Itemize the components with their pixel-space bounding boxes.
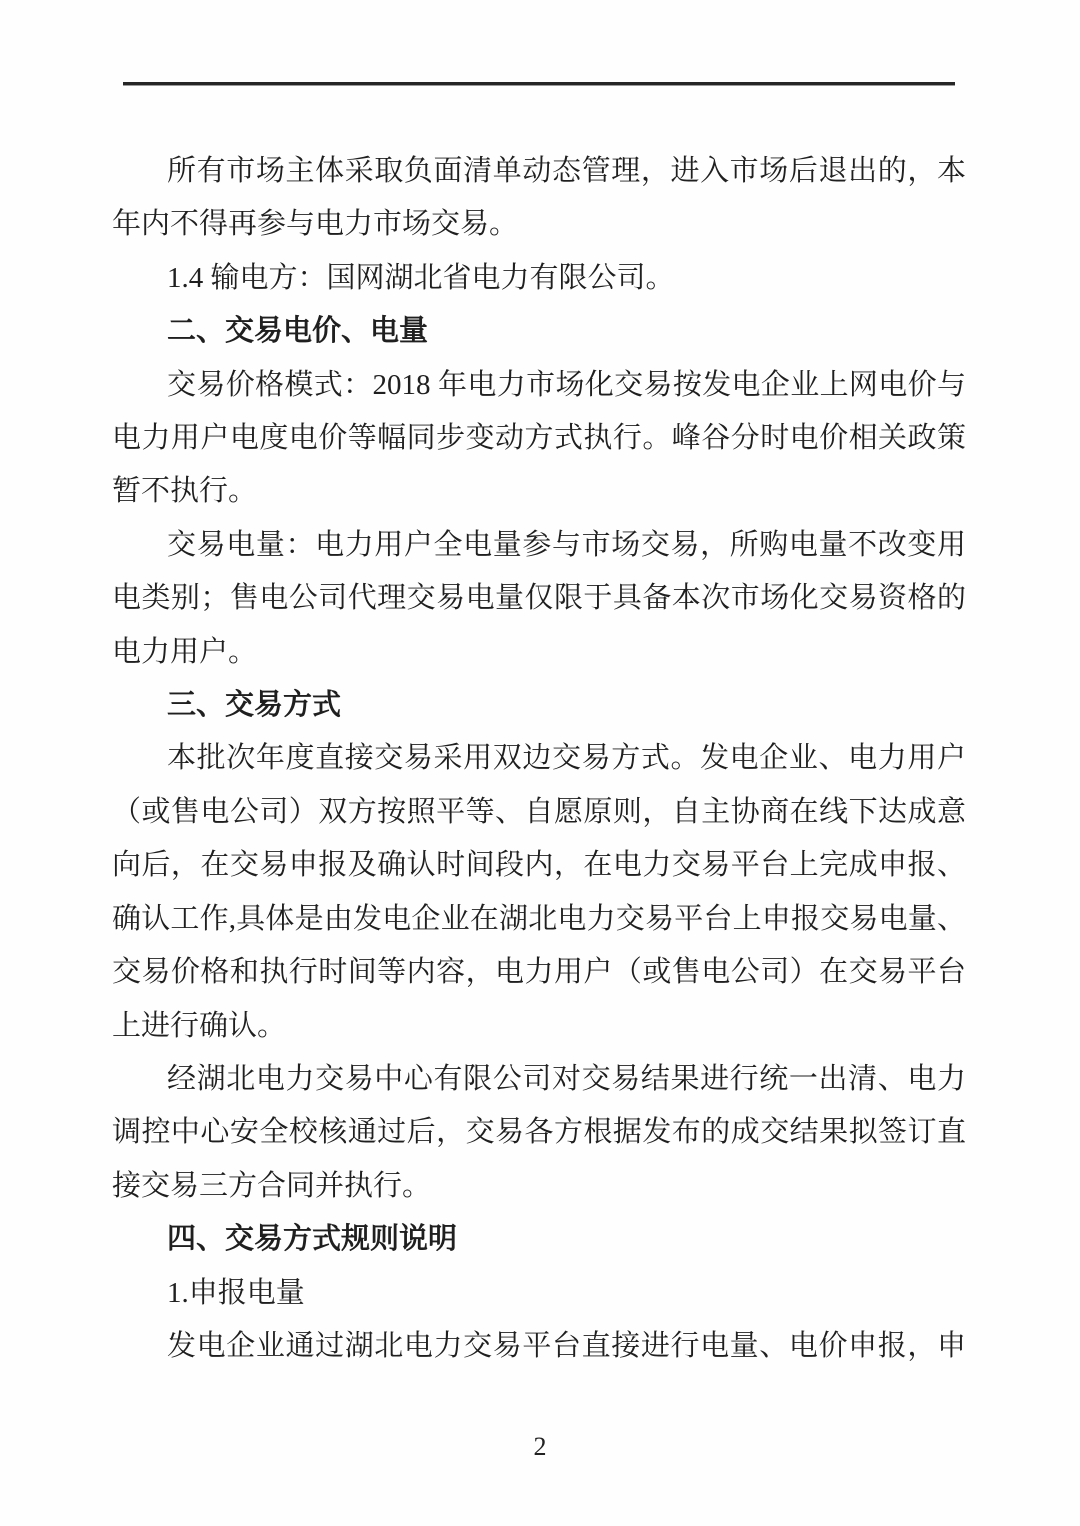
- text-line: 向后，在交易申报及确认时间段内，在电力交易平台上完成申报、: [112, 839, 966, 892]
- text-line: 本批次年度直接交易采用双边交易方式。发电企业、电力用户: [112, 732, 966, 785]
- document-page: 所有市场主体采取负面清单动态管理，进入市场后退出的，本 年内不得再参与电力市场交…: [0, 0, 1080, 1526]
- text-line: 所有市场主体采取负面清单动态管理，进入市场后退出的，本: [112, 145, 966, 198]
- text-line: 发电企业通过湖北电力交易平台直接进行电量、电价申报，申: [112, 1320, 966, 1373]
- text-line: 上进行确认。: [112, 1000, 966, 1053]
- text-line: 调控中心安全校核通过后，交易各方根据发布的成交结果拟签订直: [112, 1106, 966, 1159]
- text-line: 电力用户。: [112, 626, 966, 679]
- text-line: （或售电公司）双方按照平等、自愿原则，自主协商在线下达成意: [112, 786, 966, 839]
- text-line: 确认工作,具体是由发电企业在湖北电力交易平台上申报交易电量、: [112, 893, 966, 946]
- text-line: 年内不得再参与电力市场交易。: [112, 198, 966, 251]
- page-number: 2: [0, 1432, 1080, 1462]
- text-line: 接交易三方合同并执行。: [112, 1160, 966, 1213]
- header-rule: [123, 82, 955, 86]
- text-line: 交易价格模式：2018 年电力市场化交易按发电企业上网电价与: [112, 359, 966, 412]
- section-heading: 三、交易方式: [112, 679, 966, 732]
- text-line: 暂不执行。: [112, 465, 966, 518]
- section-heading: 二、交易电价、电量: [112, 305, 966, 358]
- text-line: 交易价格和执行时间等内容，电力用户（或售电公司）在交易平台: [112, 946, 966, 999]
- section-heading: 四、交易方式规则说明: [112, 1213, 966, 1266]
- text-line: 1.申报电量: [112, 1267, 966, 1320]
- text-line: 经湖北电力交易中心有限公司对交易结果进行统一出清、电力: [112, 1053, 966, 1106]
- text-line: 交易电量：电力用户全电量参与市场交易，所购电量不改变用: [112, 519, 966, 572]
- document-body: 所有市场主体采取负面清单动态管理，进入市场后退出的，本 年内不得再参与电力市场交…: [112, 145, 966, 1373]
- text-line: 电类别；售电公司代理交易电量仅限于具备本次市场化交易资格的: [112, 572, 966, 625]
- text-line: 1.4 输电方：国网湖北省电力有限公司。: [112, 252, 966, 305]
- text-line: 电力用户电度电价等幅同步变动方式执行。峰谷分时电价相关政策: [112, 412, 966, 465]
